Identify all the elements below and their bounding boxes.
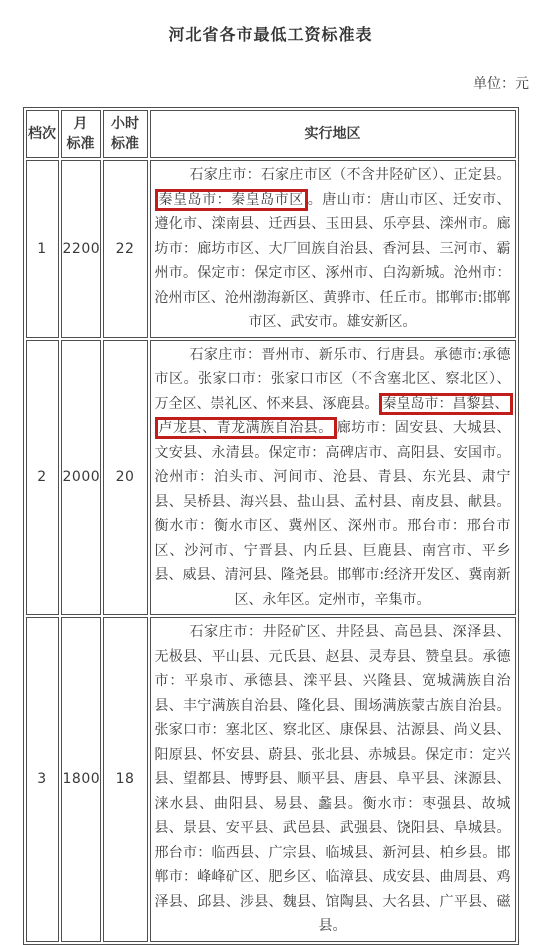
header-implementation-area: 实行地区 xyxy=(150,110,516,158)
page-title: 河北省各市最低工资标准表 xyxy=(0,22,541,45)
hourly-standard-cell: 18 xyxy=(103,617,148,942)
tier-cell: 1 xyxy=(26,160,59,338)
area-text-segment: 。唐山市：唐山市区、迁安市、遵化市、滦南县、迁西县、玉田县、乐亭县、滦州市。廊坊… xyxy=(155,192,511,331)
hourly-standard-cell: 20 xyxy=(103,340,148,616)
table-body: 1 2200 22 石家庄市：石家庄市区（不含井陉矿区）、正定县。秦皇岛市：秦皇… xyxy=(26,160,516,942)
area-cell: 石家庄市：晋州市、新乐市、行唐县。承德市:承德市区。张家口市：张家口市区（不含塞… xyxy=(150,340,516,616)
table-header-row: 档次 月 标准 小时 标准 实行地区 xyxy=(26,110,516,158)
tier-cell: 2 xyxy=(26,340,59,616)
table-row-tier-1: 1 2200 22 石家庄市：石家庄市区（不含井陉矿区）、正定县。秦皇岛市：秦皇… xyxy=(26,160,516,338)
header-monthly-standard: 月 标准 xyxy=(61,110,101,158)
monthly-standard-cell: 1800 xyxy=(61,617,101,942)
table-container: 档次 月 标准 小时 标准 实行地区 1 2200 22 石家庄市：石家庄市区（… xyxy=(23,107,519,945)
area-text-segment: 石家庄市：石家庄市区（不含井陉矿区）、正定县。 xyxy=(190,167,511,183)
area-cell: 石家庄市：石家庄市区（不含井陉矿区）、正定县。秦皇岛市：秦皇岛市区。唐山市：唐山… xyxy=(150,160,516,338)
highlight-box: 秦皇岛市：秦皇岛市区 xyxy=(155,189,308,211)
area-text-segment: 石家庄市：井陉矿区、井陉县、高邑县、深泽县、无极县、平山县、元氏县、赵县、灵寿县… xyxy=(155,624,511,934)
area-cell: 石家庄市：井陉矿区、井陉县、高邑县、深泽县、无极县、平山县、元氏县、赵县、灵寿县… xyxy=(150,617,516,942)
area-text-segment: 廊坊市：固安县、大城县、文安县、永清县。保定市：高碑店市、高阳县、安国市。沧州市… xyxy=(155,420,511,608)
header-hourly-standard: 小时 标准 xyxy=(103,110,148,158)
monthly-standard-cell: 2000 xyxy=(61,340,101,616)
table-row-tier-3: 3 1800 18 石家庄市：井陉矿区、井陉县、高邑县、深泽县、无极县、平山县、… xyxy=(26,617,516,942)
minimum-wage-table: 档次 月 标准 小时 标准 实行地区 1 2200 22 石家庄市：石家庄市区（… xyxy=(23,107,519,945)
header-tier: 档次 xyxy=(26,110,59,158)
document-page: 河北省各市最低工资标准表 单位：元 档次 月 标准 小时 标准 实行地区 1 xyxy=(0,0,541,945)
monthly-standard-cell: 2200 xyxy=(61,160,101,338)
table-row-tier-2: 2 2000 20 石家庄市：晋州市、新乐市、行唐县。承德市:承德市区。张家口市… xyxy=(26,340,516,616)
hourly-standard-cell: 22 xyxy=(103,160,148,338)
unit-label: 单位：元 xyxy=(0,73,541,93)
tier-cell: 3 xyxy=(26,617,59,942)
